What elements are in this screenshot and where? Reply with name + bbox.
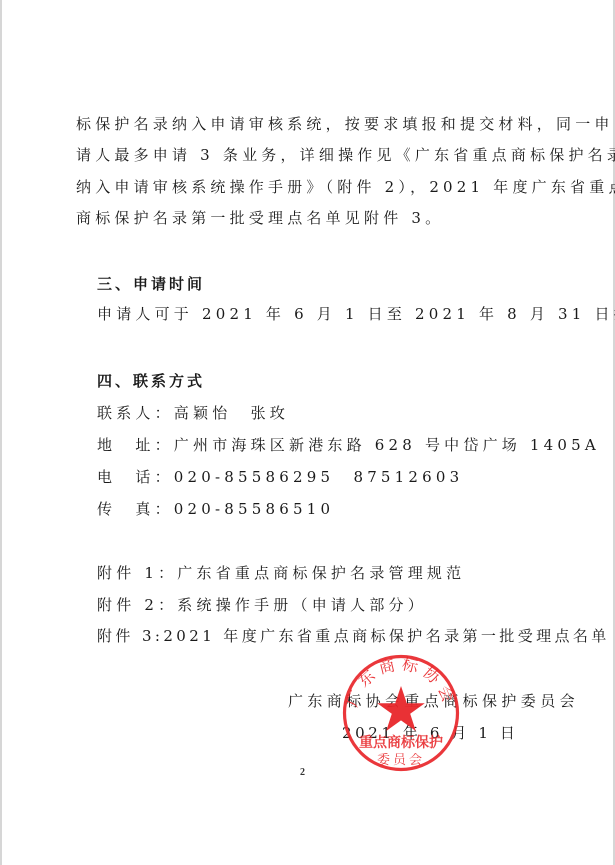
seal-center-line2: 委员会: [377, 753, 425, 768]
signature: 广东商标协会重点商标保护委员会: [288, 691, 579, 711]
attachment-3: 附件 3:2021 年度广东省重点商标保护名录第一批受理点名单: [97, 626, 610, 646]
contact-fax: 传 真：020-85586510: [97, 499, 334, 519]
official-seal-icon: 广东商标协会 重点商标保护 委员会: [342, 654, 460, 772]
page-edge-left: [0, 0, 2, 865]
application-time-text: 申请人可于 2021 年 6 月 1 日至 2021 年 8 月 31 日提交申…: [97, 304, 615, 324]
section-heading-contact: 四、联系方式: [97, 371, 205, 391]
signature-date: 2021 年 6 月 1 日: [342, 723, 519, 743]
attachment-2: 附件 2：系统操作手册（申请人部分）: [97, 595, 427, 615]
section-heading-application-time: 三、申请时间: [97, 274, 205, 294]
contact-phone: 电 话：020-85586295 87512603: [97, 467, 463, 487]
paragraph-line: 请人最多申请 3 条业务，详细操作见《广东省重点商标保护名录: [76, 145, 615, 165]
paragraph-line: 标保护名录纳入申请审核系统，按要求填报和提交材料，同一申: [76, 114, 614, 134]
paragraph-line: 商标保护名录第一批受理点名单见附件 3。: [76, 208, 444, 228]
contact-person: 联系人：高颖怡 张玫: [97, 403, 289, 423]
page-number: 2: [300, 767, 305, 779]
contact-address: 地 址：广州市海珠区新港东路 628 号中岱广场 1405A: [97, 435, 600, 455]
paragraph-line: 纳入申请审核系统操作手册》（附件 2），2021 年度广东省重点: [76, 177, 615, 197]
attachment-1: 附件 1：广东省重点商标保护名录管理规范: [97, 563, 465, 583]
